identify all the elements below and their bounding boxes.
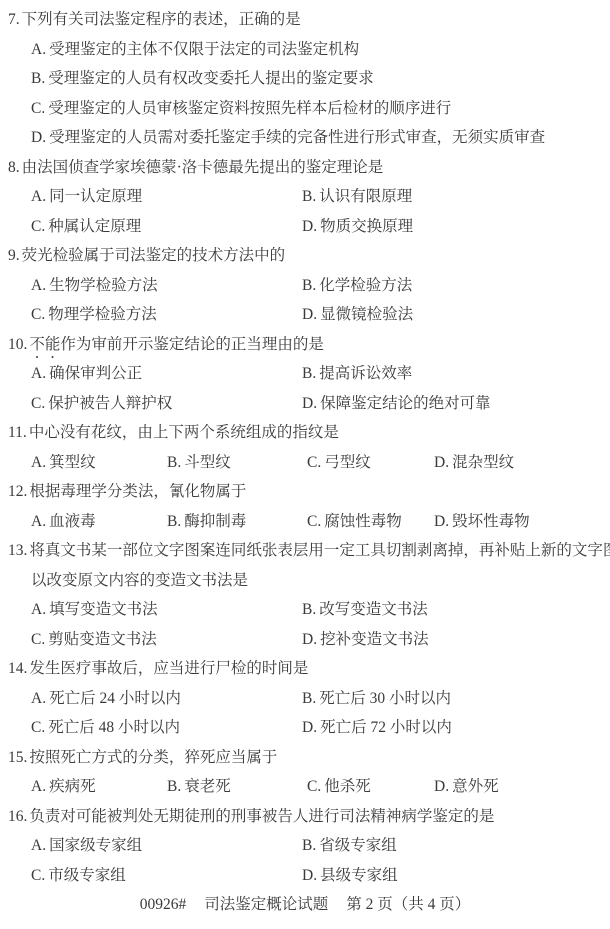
question-10-options-row-2: C.保护被告人辩护权 D.保障鉴定结论的绝对可靠: [0, 389, 610, 419]
question-11-option-b: B.斗型纹: [167, 448, 231, 478]
question-8-option-a: A.同一认定原理: [31, 182, 142, 212]
question-10-option-d: D.保障鉴定结论的绝对可靠: [302, 389, 491, 419]
question-12-options-row: A.血液毒 B.酶抑制毒 C.腐蚀性毒物 D.毁坏性毒物: [0, 507, 610, 537]
question-16-option-c: C.市级专家组: [31, 861, 126, 891]
question-7-option-c: C.受理鉴定的人员审核鉴定资料按照先样本后检材的顺序进行: [0, 94, 610, 124]
option-text: 生物学检验方法: [49, 277, 158, 294]
option-label: B.: [167, 513, 181, 530]
option-text: 国家级专家组: [49, 837, 142, 854]
question-13-stem: 13.将真文书某一部位文字图案连同纸张表层用一定工具切割剥离掉，再补贴上新的文字…: [0, 536, 610, 566]
option-label: B.: [302, 188, 316, 205]
question-11-option-c: C.弓型纹: [307, 448, 371, 478]
option-text: 提高诉讼效率: [319, 365, 412, 382]
question-16-options-row-2: C.市级专家组 D.县级专家组: [0, 861, 610, 891]
question-stem-text: 根据毒理学分类法，氰化物属于: [29, 483, 246, 500]
question-number: 16.: [8, 808, 27, 825]
question-8-stem: 8.由法国侦查学家埃德蒙·洛卡德最先提出的鉴定理论是: [0, 153, 610, 183]
option-label: D.: [31, 129, 46, 146]
option-label: A.: [31, 188, 46, 205]
option-text: 弓型纹: [324, 454, 371, 471]
question-16-stem: 16.负责对可能被判处无期徒刑的刑事被告人进行司法精神病学鉴定的是: [0, 802, 610, 832]
option-label: A.: [31, 690, 46, 707]
option-label: A.: [31, 513, 46, 530]
question-11-option-d: D.混杂型纹: [434, 448, 514, 478]
option-label: A.: [31, 601, 46, 618]
option-text: 显微镜检验法: [320, 306, 413, 323]
option-text: 疾病死: [49, 778, 96, 795]
option-text: 保障鉴定结论的绝对可靠: [320, 395, 491, 412]
question-number: 7.: [8, 11, 20, 28]
question-15-option-d: D.意外死: [434, 772, 499, 802]
option-text: 意外死: [452, 778, 499, 795]
option-text: 死亡后 72 小时以内: [320, 719, 452, 736]
question-number: 14.: [8, 660, 27, 677]
question-15-stem: 15.按照死亡方式的分类，猝死应当属于: [0, 743, 610, 773]
exam-title: 司法鉴定概论试题: [204, 896, 328, 913]
question-15-option-b: B.衰老死: [167, 772, 231, 802]
option-text: 酶抑制毒: [184, 513, 246, 530]
question-13-options-row-2: C.剪贴变造文书法 D.挖补变造文书法: [0, 625, 610, 655]
option-text: 保护被告人辩护权: [48, 395, 172, 412]
option-text: 物质交换原理: [320, 218, 413, 235]
question-16-option-a: A.国家级专家组: [31, 831, 142, 861]
question-8-option-c: C.种属认定原理: [31, 212, 141, 242]
option-label: C.: [31, 867, 45, 884]
option-text: 箕型纹: [49, 454, 96, 471]
option-label: A.: [31, 277, 46, 294]
question-15-option-c: C.他杀死: [307, 772, 371, 802]
option-label: D.: [302, 631, 317, 648]
question-13-option-b: B.改写变造文书法: [302, 595, 428, 625]
option-label: C.: [31, 306, 45, 323]
option-label: C.: [31, 631, 45, 648]
question-stem-text: 荧光检验属于司法鉴定的技术方法中的: [22, 247, 286, 264]
question-stem-text: 作为审前开示鉴定结论的正当理由的是: [60, 336, 324, 353]
option-label: B.: [302, 690, 316, 707]
question-10-options-row-1: A.确保审判公正 B.提高诉讼效率: [0, 359, 610, 389]
option-label: A.: [31, 778, 46, 795]
question-7-stem: 7.下列有关司法鉴定程序的表述，正确的是: [0, 5, 610, 35]
option-label: D.: [302, 395, 317, 412]
option-text: 他杀死: [324, 778, 371, 795]
option-text: 血液毒: [49, 513, 96, 530]
question-number: 9.: [8, 247, 20, 264]
question-stem-text: 负责对可能被判处无期徒刑的刑事被告人进行司法精神病学鉴定的是: [29, 808, 494, 825]
option-text: 同一认定原理: [49, 188, 142, 205]
option-label: C.: [307, 513, 321, 530]
question-13-stem-line2: 以改变原文内容的变造文书法是: [0, 566, 610, 596]
option-label: D.: [302, 306, 317, 323]
option-label: D.: [434, 513, 449, 530]
option-label: D.: [434, 454, 449, 471]
question-14-option-b: B.死亡后 30 小时以内: [302, 684, 451, 714]
option-label: B.: [302, 601, 316, 618]
option-label: B.: [302, 837, 316, 854]
question-16-option-d: D.县级专家组: [302, 861, 398, 891]
question-14-option-d: D.死亡后 72 小时以内: [302, 713, 452, 743]
option-text: 物理学检验方法: [48, 306, 157, 323]
option-text: 填写变造文书法: [49, 601, 158, 618]
question-15-option-a: A.疾病死: [31, 772, 96, 802]
question-9-options-row-2: C.物理学检验方法 D.显微镜检验法: [0, 300, 610, 330]
option-text: 县级专家组: [320, 867, 398, 884]
question-stem-text: 中心没有花纹，由上下两个系统组成的指纹是: [29, 424, 339, 441]
question-9-option-a: A.生物学检验方法: [31, 271, 158, 301]
option-text: 斗型纹: [184, 454, 231, 471]
question-14-options-row-2: C.死亡后 48 小时以内 D.死亡后 72 小时以内: [0, 713, 610, 743]
question-14-options-row-1: A.死亡后 24 小时以内 B.死亡后 30 小时以内: [0, 684, 610, 714]
question-7-option-d: D.受理鉴定的人员需对委托鉴定手续的完备性进行形式审查，无须实质审查: [0, 123, 610, 153]
option-text: 挖补变造文书法: [320, 631, 429, 648]
question-13-options-row-1: A.填写变造文书法 B.改写变造文书法: [0, 595, 610, 625]
option-text: 受理鉴定的人员有权改变委托人提出的鉴定要求: [48, 70, 374, 87]
question-number: 11.: [8, 424, 27, 441]
option-text: 市级专家组: [48, 867, 126, 884]
question-10-option-c: C.保护被告人辩护权: [31, 389, 172, 419]
option-label: B.: [31, 70, 45, 87]
question-11-option-a: A.箕型纹: [31, 448, 96, 478]
option-label: C.: [31, 218, 45, 235]
option-text: 化学检验方法: [319, 277, 412, 294]
option-text: 认识有限原理: [319, 188, 412, 205]
question-8-options-row-1: A.同一认定原理 B.认识有限原理: [0, 182, 610, 212]
question-stem-text: 由法国侦查学家埃德蒙·洛卡德最先提出的鉴定理论是: [22, 159, 384, 176]
exam-page: 7.下列有关司法鉴定程序的表述，正确的是 A.受理鉴定的主体不仅限于法定的司法鉴…: [0, 0, 610, 929]
question-number: 12.: [8, 483, 27, 500]
option-text: 剪贴变造文书法: [48, 631, 157, 648]
option-label: C.: [307, 778, 321, 795]
question-15-options-row: A.疾病死 B.衰老死 C.他杀死 D.意外死: [0, 772, 610, 802]
option-label: B.: [302, 365, 316, 382]
question-10-option-a: A.确保审判公正: [31, 359, 142, 389]
option-text: 毁坏性毒物: [452, 513, 530, 530]
option-text: 腐蚀性毒物: [324, 513, 402, 530]
option-label: B.: [302, 277, 316, 294]
question-14-option-a: A.死亡后 24 小时以内: [31, 684, 181, 714]
option-label: D.: [302, 218, 317, 235]
option-label: C.: [31, 100, 45, 117]
option-text: 确保审判公正: [49, 365, 142, 382]
question-number: 8.: [8, 159, 20, 176]
option-label: C.: [307, 454, 321, 471]
option-text: 省级专家组: [319, 837, 397, 854]
option-label: D.: [302, 867, 317, 884]
option-text: 种属认定原理: [48, 218, 141, 235]
page-footer: 00926#司法鉴定概论试题第 2 页（共 4 页）: [0, 890, 610, 920]
question-12-option-b: B.酶抑制毒: [167, 507, 246, 537]
option-text: 混杂型纹: [452, 454, 514, 471]
option-label: A.: [31, 454, 46, 471]
question-12-option-a: A.血液毒: [31, 507, 96, 537]
question-12-option-d: D.毁坏性毒物: [434, 507, 530, 537]
option-text: 受理鉴定的人员需对委托鉴定手续的完备性进行形式审查，无须实质审查: [49, 129, 545, 146]
option-text: 改写变造文书法: [319, 601, 428, 618]
question-number: 15.: [8, 749, 27, 766]
option-text: 受理鉴定的人员审核鉴定资料按照先样本后检材的顺序进行: [48, 100, 451, 117]
option-label: B.: [167, 778, 181, 795]
option-label: B.: [167, 454, 181, 471]
option-label: D.: [302, 719, 317, 736]
question-number: 10.: [8, 336, 27, 353]
question-8-option-b: B.认识有限原理: [302, 182, 412, 212]
question-13-option-d: D.挖补变造文书法: [302, 625, 429, 655]
option-text: 受理鉴定的主体不仅限于法定的司法鉴定机构: [49, 41, 359, 58]
question-9-stem: 9.荧光检验属于司法鉴定的技术方法中的: [0, 241, 610, 271]
question-9-option-d: D.显微镜检验法: [302, 300, 413, 330]
question-stem-emphasized-text: 不能: [29, 336, 60, 353]
question-14-option-c: C.死亡后 48 小时以内: [31, 713, 180, 743]
option-text: 死亡后 48 小时以内: [48, 719, 180, 736]
page-number: 第 2 页（共 4 页）: [346, 896, 470, 913]
question-7-option-a: A.受理鉴定的主体不仅限于法定的司法鉴定机构: [0, 35, 610, 65]
question-13-option-a: A.填写变造文书法: [31, 595, 158, 625]
option-label: A.: [31, 41, 46, 58]
question-10-stem: 10.不能作为审前开示鉴定结论的正当理由的是: [0, 330, 610, 360]
option-text: 死亡后 24 小时以内: [49, 690, 181, 707]
question-14-stem: 14.发生医疗事故后，应当进行尸检的时间是: [0, 654, 610, 684]
question-12-stem: 12.根据毒理学分类法，氰化物属于: [0, 477, 610, 507]
question-12-option-c: C.腐蚀性毒物: [307, 507, 402, 537]
question-11-options-row: A.箕型纹 B.斗型纹 C.弓型纹 D.混杂型纹: [0, 448, 610, 478]
question-stem-text: 下列有关司法鉴定程序的表述，正确的是: [22, 11, 301, 28]
question-7-option-b: B.受理鉴定的人员有权改变委托人提出的鉴定要求: [0, 64, 610, 94]
question-9-option-c: C.物理学检验方法: [31, 300, 157, 330]
question-16-option-b: B.省级专家组: [302, 831, 397, 861]
question-16-options-row-1: A.国家级专家组 B.省级专家组: [0, 831, 610, 861]
question-number: 13.: [8, 542, 27, 559]
question-stem-text: 按照死亡方式的分类，猝死应当属于: [29, 749, 277, 766]
question-10-option-b: B.提高诉讼效率: [302, 359, 412, 389]
question-13-option-c: C.剪贴变造文书法: [31, 625, 157, 655]
option-text: 死亡后 30 小时以内: [319, 690, 451, 707]
question-8-option-d: D.物质交换原理: [302, 212, 413, 242]
option-label: C.: [31, 719, 45, 736]
option-label: A.: [31, 837, 46, 854]
question-11-stem: 11.中心没有花纹，由上下两个系统组成的指纹是: [0, 418, 610, 448]
question-stem-text: 将真文书某一部位文字图案连同纸张表层用一定工具切割剥离掉，再补贴上新的文字图案: [29, 542, 610, 559]
option-label: C.: [31, 395, 45, 412]
option-text: 衰老死: [184, 778, 231, 795]
question-9-options-row-1: A.生物学检验方法 B.化学检验方法: [0, 271, 610, 301]
question-9-option-b: B.化学检验方法: [302, 271, 412, 301]
option-label: A.: [31, 365, 46, 382]
question-8-options-row-2: C.种属认定原理 D.物质交换原理: [0, 212, 610, 242]
question-stem-text: 以改变原文内容的变造文书法是: [31, 572, 248, 589]
option-label: D.: [434, 778, 449, 795]
exam-code: 00926#: [140, 896, 187, 913]
question-stem-text: 发生医疗事故后，应当进行尸检的时间是: [29, 660, 308, 677]
